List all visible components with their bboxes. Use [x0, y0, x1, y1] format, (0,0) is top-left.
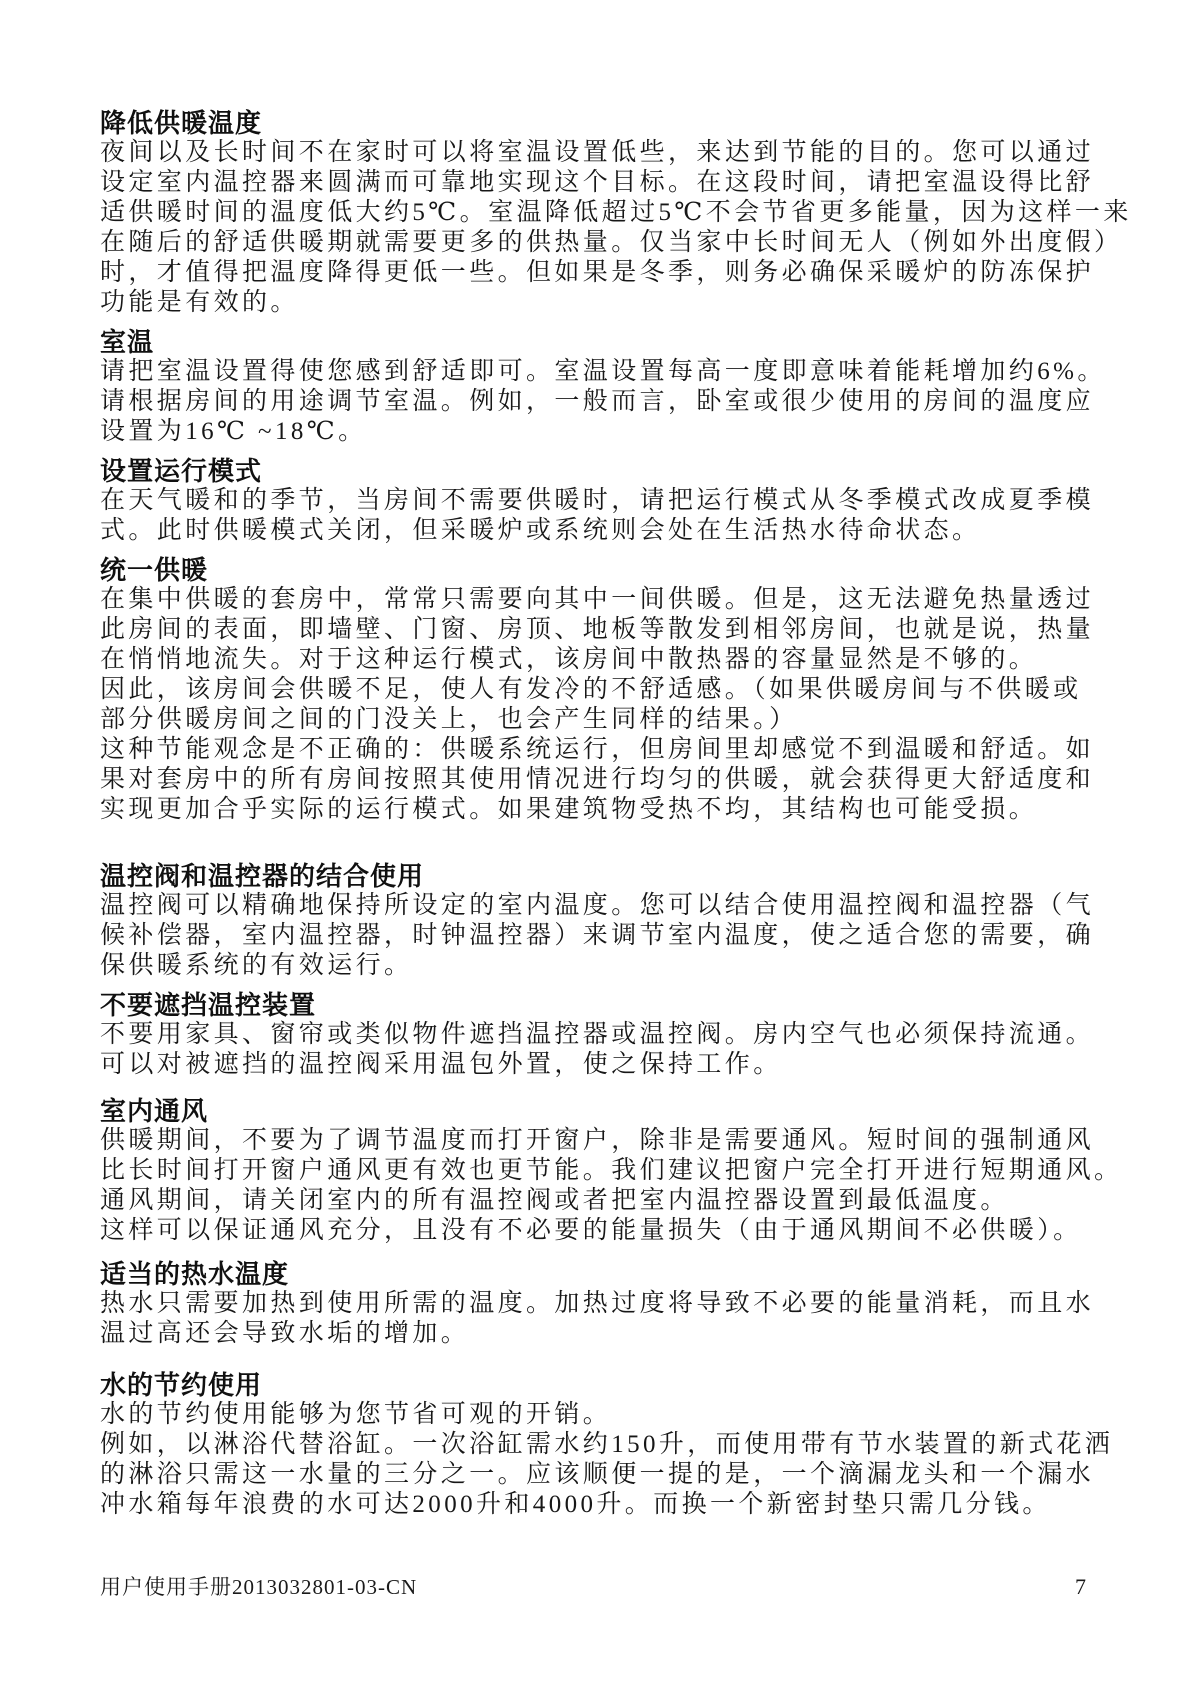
section-heading: 不要遮挡温控装置 — [100, 990, 1130, 1020]
body-line: 比长时间打开窗户通风更有效也更节能。我们建议把窗户完全打开进行短期通风。 — [100, 1156, 1130, 1186]
body-line: 这样可以保证通风充分，且没有不必要的能量损失（由于通风期间不必供暖）。 — [100, 1216, 1130, 1246]
manual-section: 降低供暖温度 夜间以及长时间不在家时可以将室温设置低些，来达到节能的目的。您可以… — [100, 108, 1130, 318]
section-heading: 室温 — [100, 327, 1130, 357]
body-line: 可以对被遮挡的温控阀采用温包外置，使之保持工作。 — [100, 1050, 1130, 1080]
body-line: 在悄悄地流失。对于这种运行模式，该房间中散热器的容量显然是不够的。 — [100, 645, 1130, 675]
body-line: 因此，该房间会供暖不足，使人有发冷的不舒适感。（如果供暖房间与不供暖或 — [100, 675, 1130, 705]
body-line: 适供暖时间的温度低大约5℃。室温降低超过5℃不会节省更多能量，因为这样一来 — [100, 198, 1130, 228]
body-line: 这种节能观念是不正确的：供暖系统运行，但房间里却感觉不到温暖和舒适。如 — [100, 735, 1130, 765]
body-line: 此房间的表面，即墙壁、门窗、房顶、地板等散发到相邻房间，也就是说，热量 — [100, 615, 1130, 645]
body-line: 夜间以及长时间不在家时可以将室温设置低些，来达到节能的目的。您可以通过 — [100, 138, 1130, 168]
manual-section: 温控阀和温控器的结合使用 温控阀可以精确地保持所设定的室内温度。您可以结合使用温… — [100, 861, 1130, 981]
section-heading: 温控阀和温控器的结合使用 — [100, 861, 1130, 891]
body-line: 例如，以淋浴代替浴缸。一次浴缸需水约150升，而使用带有节水装置的新式花洒 — [100, 1430, 1130, 1460]
body-line: 供暖期间，不要为了调节温度而打开窗户，除非是需要通风。短时间的强制通风 — [100, 1126, 1130, 1156]
body-line: 热水只需要加热到使用所需的温度。加热过度将导致不必要的能量消耗，而且水 — [100, 1289, 1130, 1319]
body-line: 温控阀可以精确地保持所设定的室内温度。您可以结合使用温控阀和温控器（气 — [100, 891, 1130, 921]
manual-section: 室温 请把室温设置得使您感到舒适即可。室温设置每高一度即意味着能耗增加约6%。请… — [100, 327, 1130, 447]
body-line: 保供暖系统的有效运行。 — [100, 951, 1130, 981]
section-heading: 设置运行模式 — [100, 456, 1130, 486]
manual-section: 设置运行模式 在天气暖和的季节，当房间不需要供暖时，请把运行模式从冬季模式改成夏… — [100, 456, 1130, 546]
body-line: 候补偿器，室内温控器，时钟温控器）来调节室内温度，使之适合您的需要，确 — [100, 921, 1130, 951]
section-heading: 统一供暖 — [100, 555, 1130, 585]
body-line: 的淋浴只需这一水量的三分之一。应该顺便一提的是，一个滴漏龙头和一个漏水 — [100, 1460, 1130, 1490]
body-line: 温过高还会导致水垢的增加。 — [100, 1319, 1130, 1349]
section-heading: 水的节约使用 — [100, 1370, 1130, 1400]
body-line: 功能是有效的。 — [100, 288, 1130, 318]
body-line: 设定室内温控器来圆满而可靠地实现这个目标。在这段时间，请把室温设得比舒 — [100, 168, 1130, 198]
section-heading: 适当的热水温度 — [100, 1259, 1130, 1289]
section-heading: 降低供暖温度 — [100, 108, 1130, 138]
body-line: 冲水箱每年浪费的水可达2000升和4000升。而换一个新密封垫只需几分钱。 — [100, 1490, 1130, 1520]
body-line: 不要用家具、窗帘或类似物件遮挡温控器或温控阀。房内空气也必须保持流通。 — [100, 1020, 1130, 1050]
body-line: 请把室温设置得使您感到舒适即可。室温设置每高一度即意味着能耗增加约6%。 — [100, 357, 1130, 387]
footer-doc-id: 用户使用手册2013032801-03-CN — [100, 1574, 417, 1600]
manual-section: 统一供暖 在集中供暖的套房中，常常只需要向其中一间供暖。但是，这无法避免热量透过… — [100, 555, 1130, 825]
section-heading: 室内通风 — [100, 1096, 1130, 1126]
manual-section: 水的节约使用 水的节约使用能够为您节省可观的开销。例如，以淋浴代替浴缸。一次浴缸… — [100, 1370, 1130, 1520]
body-line: 在随后的舒适供暖期就需要更多的供热量。仅当家中长时间无人（例如外出度假） — [100, 228, 1130, 258]
body-line: 在集中供暖的套房中，常常只需要向其中一间供暖。但是，这无法避免热量透过 — [100, 585, 1130, 615]
body-line: 实现更加合乎实际的运行模式。如果建筑物受热不均，其结构也可能受损。 — [100, 795, 1130, 825]
body-line: 通风期间，请关闭室内的所有温控阀或者把室内温控器设置到最低温度。 — [100, 1186, 1130, 1216]
body-line: 水的节约使用能够为您节省可观的开销。 — [100, 1400, 1130, 1430]
manual-section: 室内通风 供暖期间，不要为了调节温度而打开窗户，除非是需要通风。短时间的强制通风… — [100, 1096, 1130, 1246]
body-line: 部分供暖房间之间的门没关上，也会产生同样的结果。） — [100, 705, 1130, 735]
manual-content: 降低供暖温度 夜间以及长时间不在家时可以将室温设置低些，来达到节能的目的。您可以… — [100, 108, 1130, 1520]
manual-section: 适当的热水温度 热水只需要加热到使用所需的温度。加热过度将导致不必要的能量消耗，… — [100, 1259, 1130, 1349]
page-number: 7 — [1075, 1574, 1100, 1600]
body-line: 在天气暖和的季节，当房间不需要供暖时，请把运行模式从冬季模式改成夏季模 — [100, 486, 1130, 516]
page-footer: 用户使用手册2013032801-03-CN 7 — [100, 1574, 1100, 1600]
manual-section: 不要遮挡温控装置 不要用家具、窗帘或类似物件遮挡温控器或温控阀。房内空气也必须保… — [100, 990, 1130, 1080]
body-line: 请根据房间的用途调节室温。例如，一般而言，卧室或很少使用的房间的温度应 — [100, 387, 1130, 417]
body-line: 时，才值得把温度降得更低一些。但如果是冬季，则务必确保采暖炉的防冻保护 — [100, 258, 1130, 288]
body-line: 式。此时供暖模式关闭，但采暖炉或系统则会处在生活热水待命状态。 — [100, 516, 1130, 546]
body-line: 设置为16℃ ~18℃。 — [100, 417, 1130, 447]
body-line: 果对套房中的所有房间按照其使用情况进行均匀的供暖，就会获得更大舒适度和 — [100, 765, 1130, 795]
